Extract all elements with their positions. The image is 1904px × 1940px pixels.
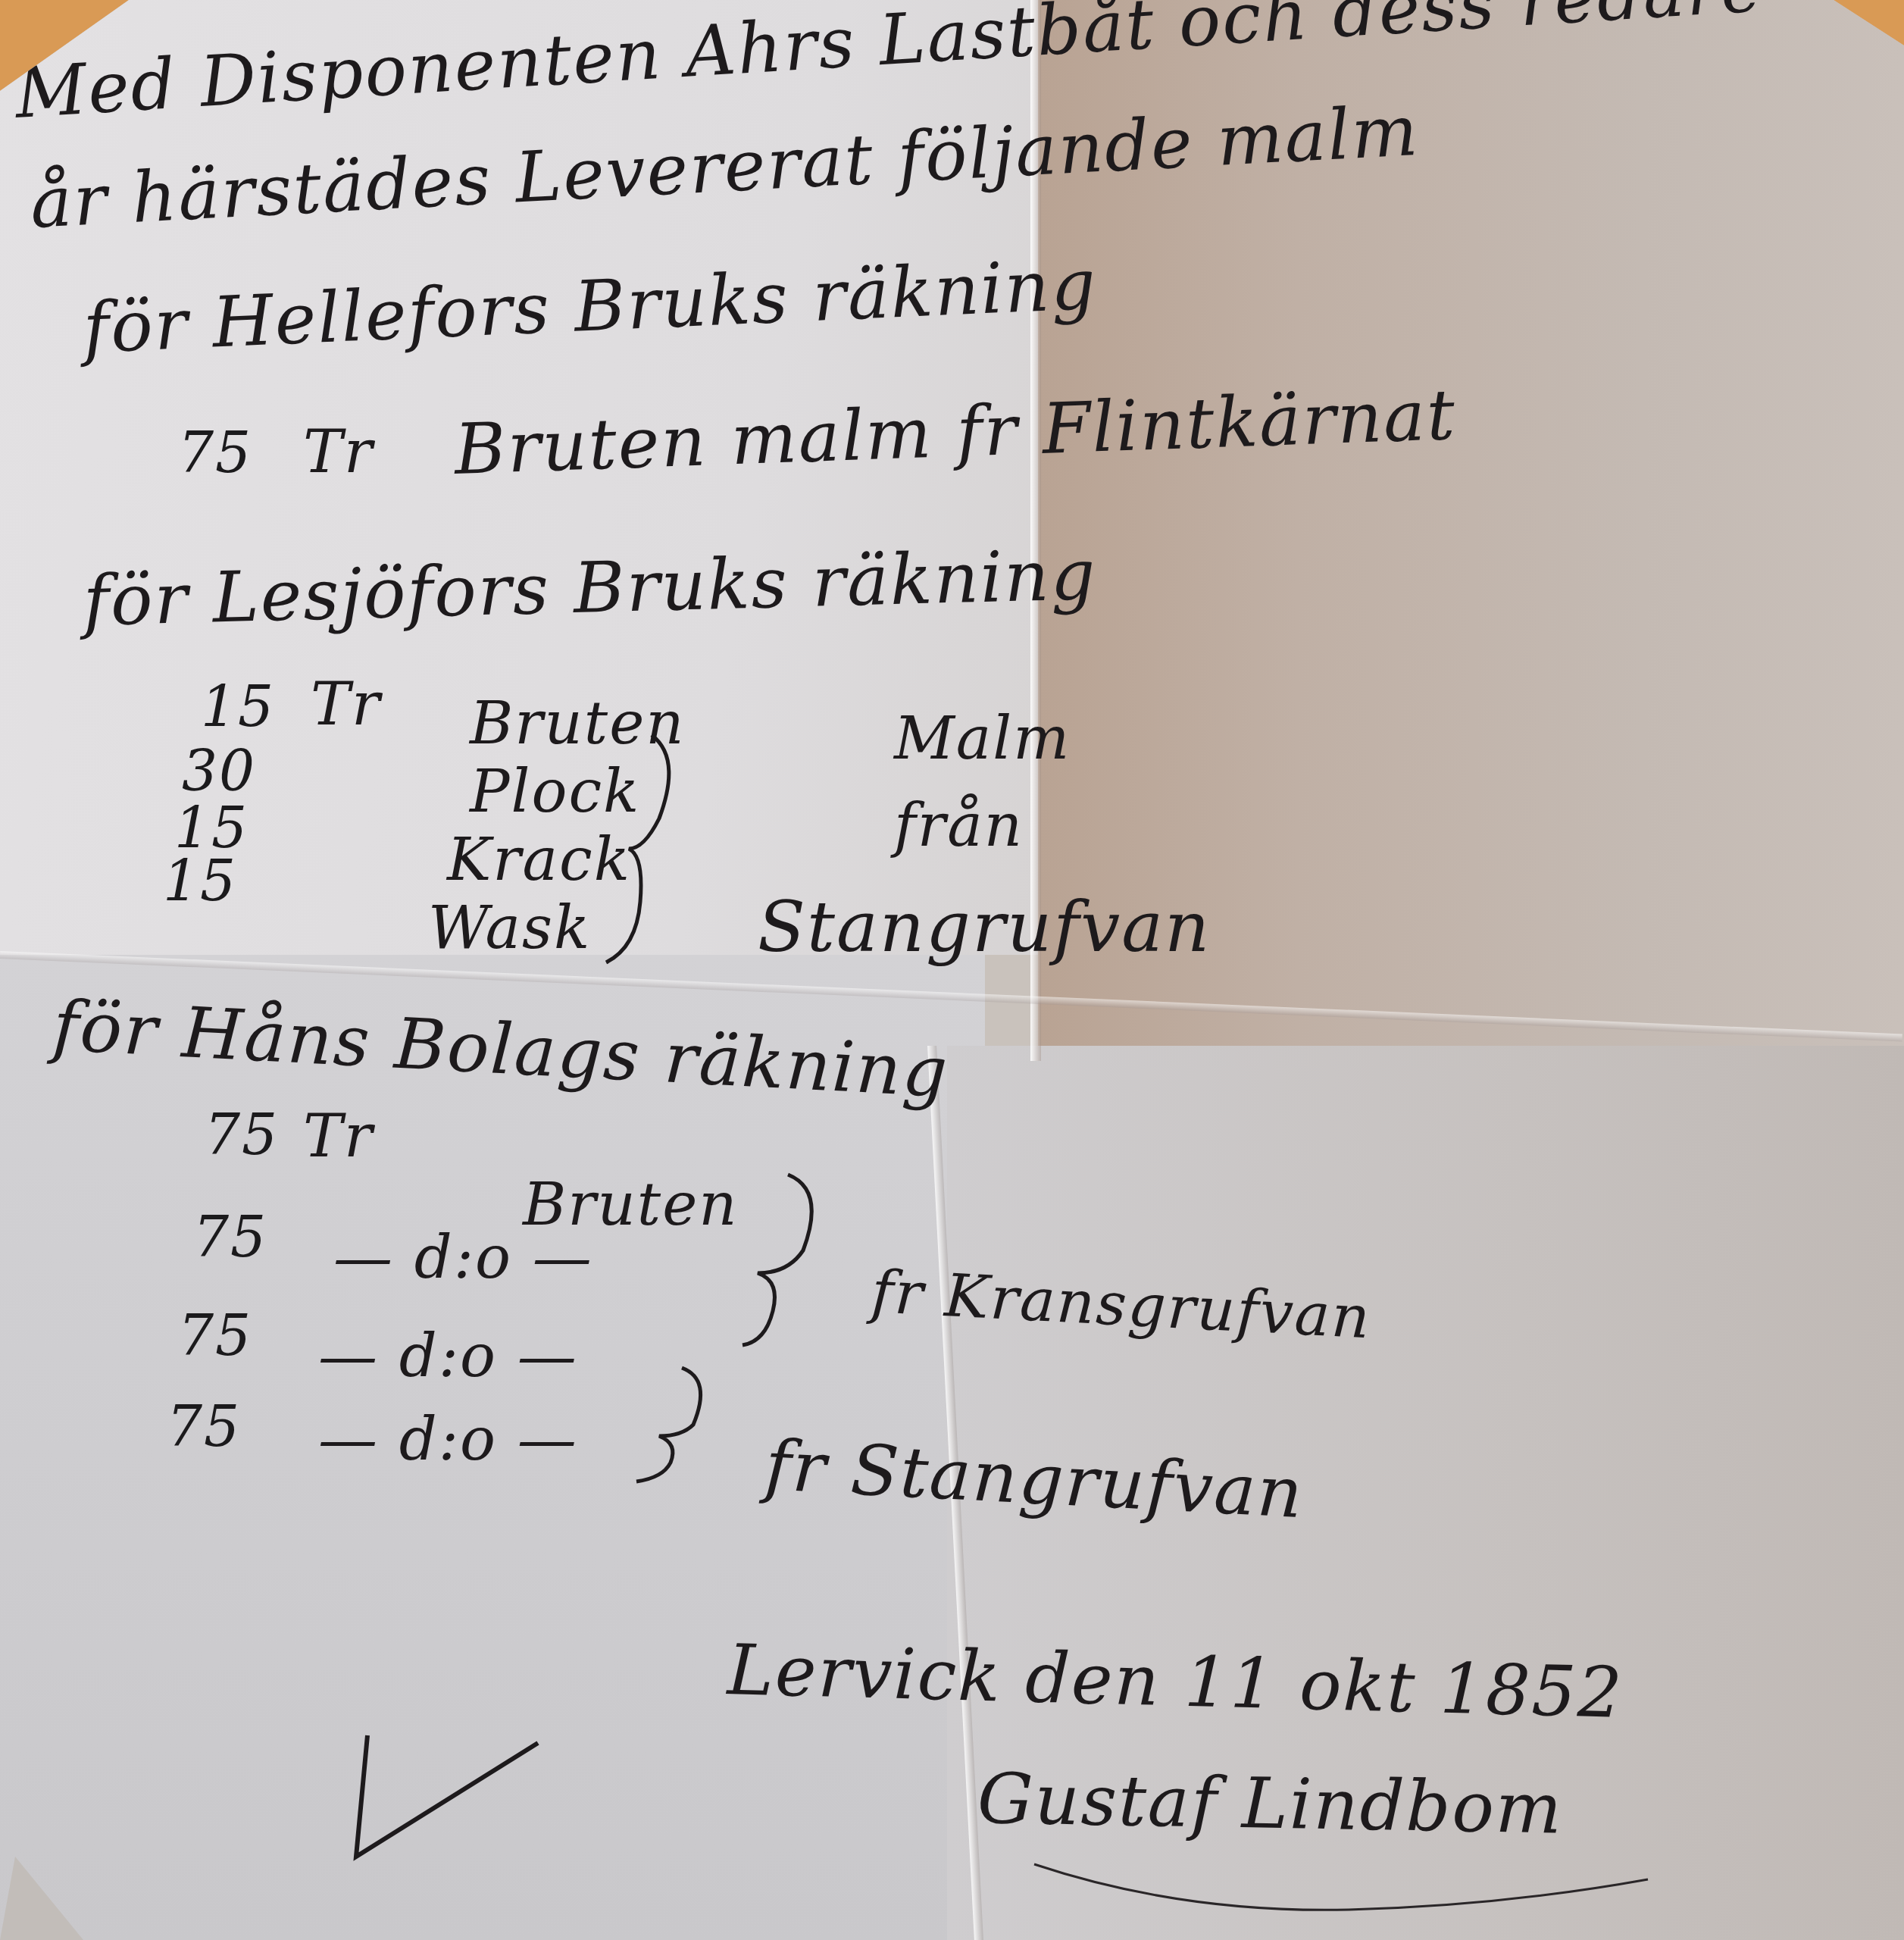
brace-note: från [894, 792, 1024, 860]
item-qty: 15 [201, 674, 275, 740]
item-qty: 75 [167, 1394, 241, 1460]
brace-icon [599, 727, 689, 970]
item-qty: 75 [178, 421, 252, 486]
paper-sheet: Med Disponenten Ahrs Lastbåt och dess re… [0, 0, 1904, 1940]
brace-icon [727, 1167, 833, 1349]
brace-icon [621, 1364, 727, 1485]
item-qty: 75 [205, 1103, 279, 1168]
item-desc: — d:o — [333, 1224, 593, 1292]
check-mark-icon [341, 1728, 553, 1864]
brace-note: Stangrufvan [758, 887, 1211, 968]
item-desc: — d:o — [318, 1322, 578, 1391]
signature-underline [1030, 1857, 1652, 1917]
item-desc: Wask [428, 894, 591, 962]
item-qty: 75 [178, 1303, 252, 1369]
item-unit: Tr [303, 1103, 374, 1171]
item-desc: — d:o — [318, 1406, 578, 1474]
item-qty: 30 [182, 739, 256, 804]
item-unit: Tr [303, 418, 374, 487]
signature: Gustaf Lindbom [977, 1758, 1564, 1849]
brace-note: Malm [894, 705, 1071, 773]
item-unit: Tr [311, 671, 381, 739]
item-qty: 75 [193, 1205, 267, 1270]
item-qty: 15 [163, 849, 237, 914]
